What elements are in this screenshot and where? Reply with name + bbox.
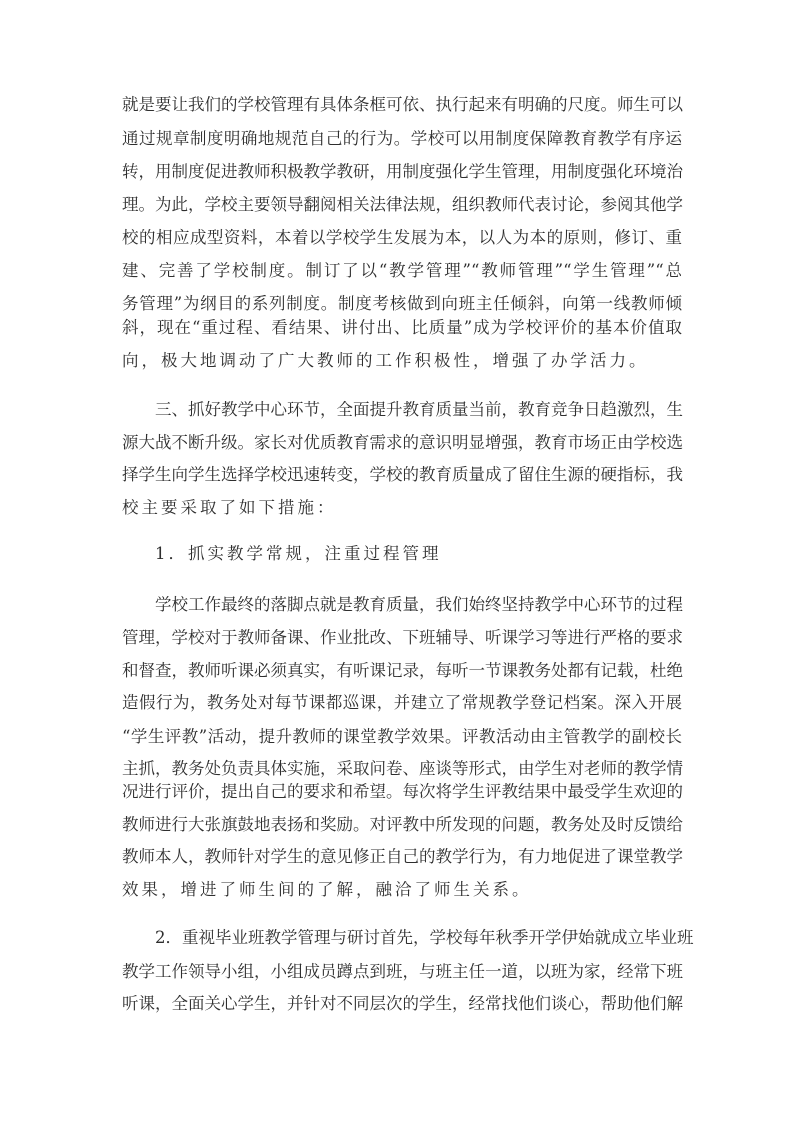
text-line: 通过规章制度明确地规范自己的行为。学校可以用制度保障教育教学有序运 — [122, 127, 682, 151]
text-line: 校的相应成型资料，本着以学校学生发展为本，以人为本的原则，修订、重 — [122, 226, 682, 250]
text-line: 2．重视毕业班教学管理与研讨首先，学校每年秋季开学伊始就成立毕业班 — [155, 926, 682, 950]
text-line: 就是要让我们的学校管理有具体条框可依、执行起来有明确的尺度。师生可以 — [122, 93, 682, 117]
text-line: 教师进行大张旗鼓地表扬和奖励。对评教中所发现的问题，教务处及时反馈给 — [122, 813, 682, 837]
text-line: 务管理”为纲目的系列制度。制度考核做到向班主任倾斜，向第一线教师倾 — [122, 292, 682, 316]
text-line: 校主要采取了如下措施： — [122, 496, 682, 520]
subheading-text: 1．抓实教学常规，注重过程管理 — [155, 542, 715, 566]
text-line: 向，极大地调动了广大教师的工作积极性，增强了办学活力。 — [122, 349, 682, 373]
text-line: 学校工作最终的落脚点就是教育质量，我们始终坚持教学中心环节的过程 — [155, 593, 682, 617]
text-line: 效果，增进了师生间的了解，融洽了师生关系。 — [122, 878, 682, 902]
text-line: 斜，现在“重过程、看结果、讲付出、比质量”成为学校评价的基本价值取 — [122, 316, 682, 340]
text-line: 转，用制度促进教师积极教学教研，用制度强化学生管理，用制度强化环境治 — [122, 160, 682, 184]
text-line: 听课，全面关心学生，并针对不同层次的学生，经常找他们谈心，帮助他们解 — [122, 992, 682, 1016]
text-line: 择学生向学生选择学校迅速转变，学校的教育质量成了留住生源的硬指标，我 — [122, 463, 682, 487]
document-page: 就是要让我们的学校管理有具体条框可依、执行起来有明确的尺度。师生可以 通过规章制… — [0, 0, 800, 1131]
text-line: 建、完善了学校制度。制订了以“教学管理”“教师管理”“学生管理”“总 — [122, 259, 682, 283]
text-line: 造假行为，教务处对每节课都巡课，并建立了常规教学登记档案。深入开展 — [122, 691, 682, 715]
text-line: 教师本人，教师针对学生的意见修正自己的教学行为，有力地促进了课堂教学 — [122, 845, 682, 869]
text-line: 和督查，教师听课必须真实，有听课记录，每听一节课教务处都有记载，杜绝 — [122, 659, 682, 683]
text-line: 源大战不断升级。家长对优质教育需求的意识明显增强，教育市场正由学校选 — [122, 431, 682, 455]
text-line: 三、抓好教学中心环节，全面提升教育质量当前，教育竞争日趋激烈，生 — [155, 398, 682, 422]
text-line: 况进行评价，提出自己的要求和希望。每次将学生评教结果中最受学生欢迎的 — [122, 780, 682, 804]
text-line: 主抓，教务处负责具体实施，采取问卷、座谈等形式，由学生对老师的教学情 — [122, 757, 682, 781]
text-line: “学生评教”活动，提升教师的课堂教学效果。评教活动由主管教学的副校长 — [122, 725, 682, 749]
text-line: 教学工作领导小组，小组成员蹲点到班，与班主任一道，以班为家，经常下班 — [122, 960, 682, 984]
text-line: 管理，学校对于教师备课、作业批改、下班辅导、听课学习等进行严格的要求 — [122, 626, 682, 650]
text-line: 理。为此，学校主要领导翻阅相关法律法规，组织教师代表讨论，参阅其他学 — [122, 193, 682, 217]
